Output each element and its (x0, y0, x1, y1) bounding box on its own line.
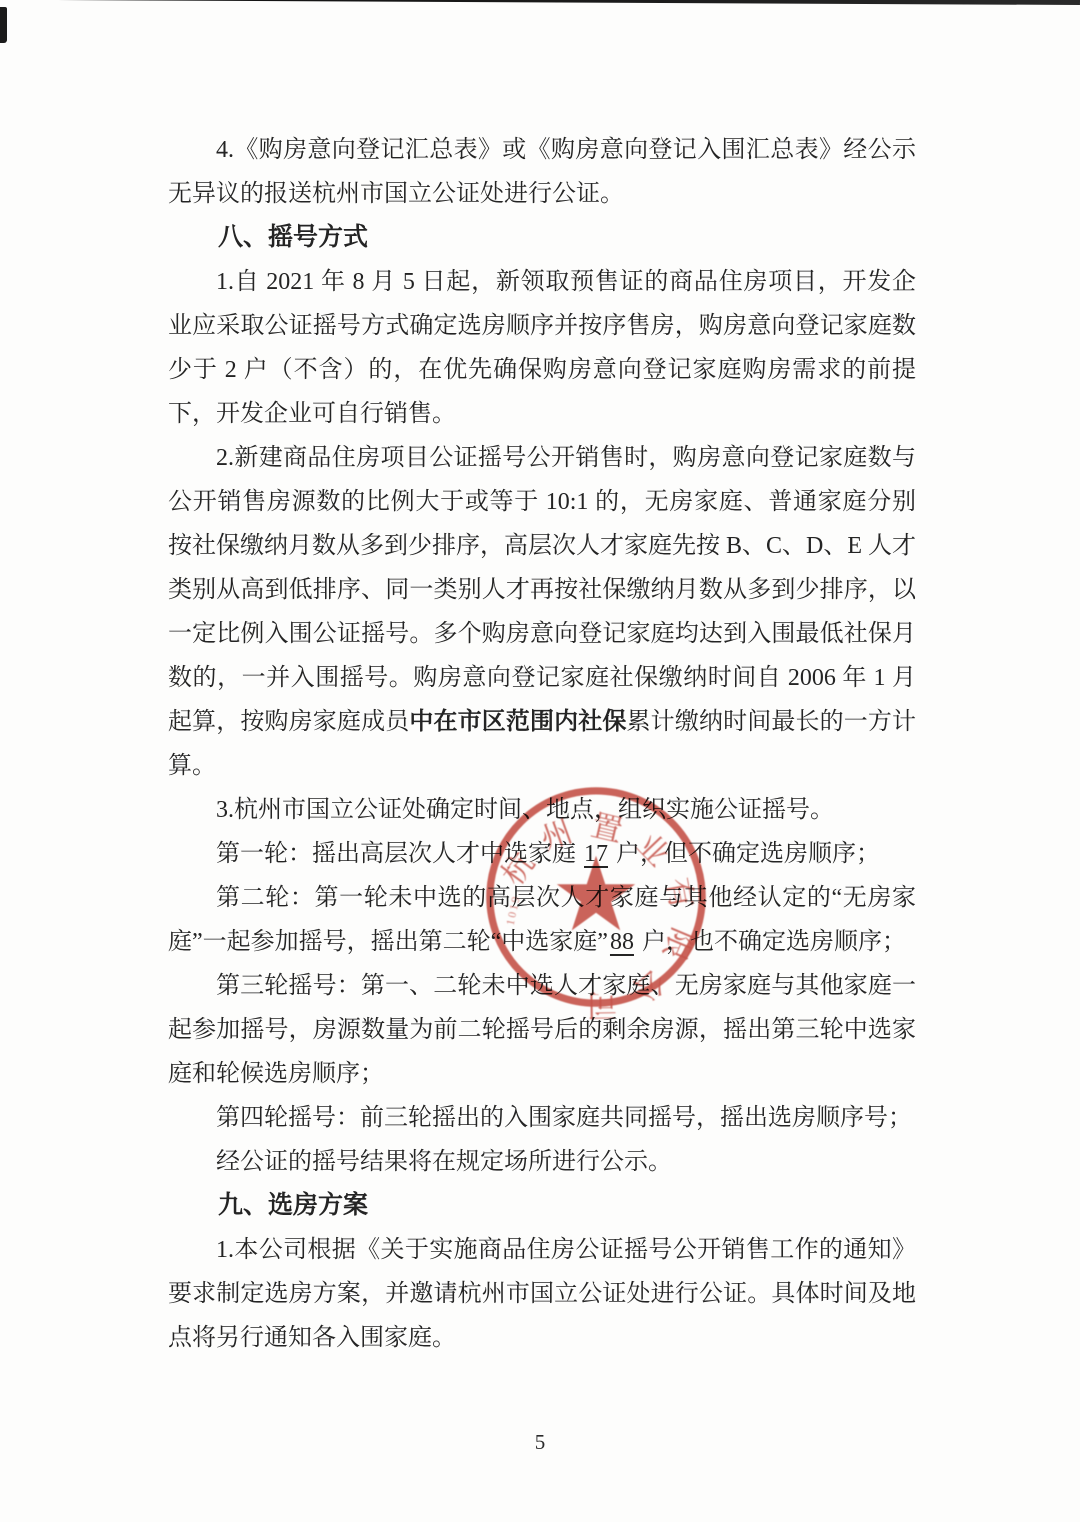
round-1-tail: 户，但不确定选房顺序； (610, 841, 880, 867)
paragraph-publicity-note: 经公证的摇号结果将在规定场所进行公示。 (168, 1140, 916, 1184)
underlined-count-88: 88 (608, 929, 636, 955)
section-heading-lottery-method: 八、摇号方式 (168, 216, 916, 260)
scan-top-edge-artifact (0, 0, 1080, 5)
section-heading-selection-plan: 九、选房方案 (168, 1184, 916, 1228)
paragraph-lottery-3: 3.杭州市国立公证处确定时间、地点，组织实施公证摇号。 (168, 788, 916, 832)
paragraph-round-3: 第三轮摇号：第一、二轮未中选人才家庭、无房家庭与其他家庭一起参加摇号，房源数量为… (168, 964, 916, 1096)
emphasized-social-security-text: 中在市区范围内社保 (409, 709, 626, 735)
paragraph-round-4: 第四轮摇号：前三轮摇出的入围家庭共同摇号，摇出选房顺序号； (168, 1096, 916, 1140)
round-2-tail: 户，也不确定选房顺序； (636, 929, 906, 955)
paragraph-registration-summary: 4.《购房意向登记汇总表》或《购房意向登记入围汇总表》经公示无异议的报送杭州市国… (168, 128, 916, 216)
paragraph-selection-1: 1.本公司根据《关于实施商品住房公证摇号公开销售工作的通知》要求制定选房方案，并… (168, 1228, 916, 1360)
paragraph-round-1: 第一轮：摇出高层次人才中选家庭 17 户，但不确定选房顺序； (168, 832, 916, 876)
page-number: 5 (0, 1430, 1080, 1455)
underlined-count-17: 17 (582, 841, 610, 867)
paragraph-lottery-2: 2.新建商品住房项目公证摇号公开销售时，购房意向登记家庭数与公开销售房源数的比例… (168, 436, 916, 788)
paragraph-lottery-2-text: 2.新建商品住房项目公证摇号公开销售时，购房意向登记家庭数与公开销售房源数的比例… (168, 445, 916, 735)
scan-corner-artifact (0, 7, 7, 43)
document-body: 4.《购房意向登记汇总表》或《购房意向登记入围汇总表》经公示无异议的报送杭州市国… (168, 128, 916, 1360)
paragraph-round-2: 第二轮：第一轮未中选的高层次人才家庭与其他经认定的“无房家庭”一起参加摇号，摇出… (168, 876, 916, 964)
round-1-text: 第一轮：摇出高层次人才中选家庭 (216, 841, 582, 867)
paragraph-lottery-1: 1.自 2021 年 8 月 5 日起，新领取预售证的商品住房项目，开发企业应采… (168, 260, 916, 436)
document-page: 4.《购房意向登记汇总表》或《购房意向登记入围汇总表》经公示无异议的报送杭州市国… (0, 0, 1080, 1522)
